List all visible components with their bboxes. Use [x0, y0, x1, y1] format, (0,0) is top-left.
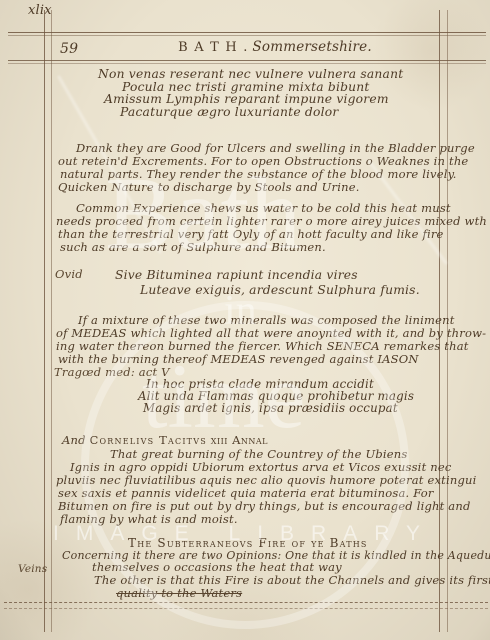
frame-rule-left2 — [51, 10, 52, 632]
manuscript-line: with the burning thereof MEDEAS revenged… — [58, 354, 419, 366]
folio-number: xlix — [28, 4, 52, 17]
manuscript-line: pluviis nec fluviatilibus aquis nec alio… — [56, 475, 477, 487]
manuscript-line: out retein'd Excrements. For to open Obs… — [58, 156, 468, 168]
manuscript-line: themselves o occasions the heat that way — [92, 562, 342, 574]
manuscript-line: Common Experience shews us water to be c… — [76, 203, 451, 215]
ovid-marginal-label: Ovid — [55, 269, 83, 281]
frame-rule-top-inner2 — [8, 63, 486, 64]
tacitus-heading-name: Cornelivs Tacitvs — [90, 433, 207, 447]
manuscript-line: Sive Bituminea rapiunt incendia vires — [115, 269, 358, 281]
page-title-place: B A T H . — [178, 40, 248, 55]
tacitus-heading-intro: And — [62, 433, 86, 447]
veins-marginal-note: Veins — [18, 564, 47, 575]
manuscript-line: such as are a sort of Sulphure and Bitum… — [60, 242, 326, 254]
manuscript-line: Amissum Lymphis reparant impune vigorem — [104, 93, 389, 105]
tacitus-heading-ref: xiii Annal — [211, 433, 268, 447]
manuscript-line: sex saxis et pannis videlicet quia mater… — [58, 488, 434, 500]
manuscript-line: Drank they are Good for Ulcers and swell… — [76, 143, 475, 155]
frame-rule-top-outer — [8, 32, 486, 33]
manuscript-line: needs proceed from certein lighter rarer… — [56, 216, 487, 228]
manuscript-line: Quicken Nature to discharge by Stools an… — [58, 182, 360, 194]
page-title-county: Sommersetshire. — [252, 39, 371, 55]
frame-rule-top-inner — [8, 60, 486, 61]
manuscript-line: The other is that this Fire is about the… — [94, 575, 490, 587]
manuscript-page: xlix 59 B A T H . Sommersetshire. Non ve… — [0, 0, 490, 640]
frame-rule-bottom — [4, 602, 488, 603]
page-number: 59 — [60, 42, 78, 56]
manuscript-line: Pacaturque ægro luxuriante dolor — [120, 106, 338, 118]
manuscript-line: than the terrestrial very fatt Oyly of a… — [58, 229, 444, 241]
manuscript-line: natural parts. They render the substance… — [60, 169, 457, 181]
manuscript-line: flaming by what is and moist. — [60, 514, 238, 526]
manuscript-line: of MEDEAS which lighted all that were an… — [56, 328, 486, 340]
manuscript-line: If a mixture of these two mineralls was … — [78, 315, 455, 327]
manuscript-line: Bitumen on fire is put out by dry things… — [58, 501, 471, 513]
tacitus-heading: And Cornelivs Tacitvs xiii Annal — [62, 435, 268, 447]
manuscript-line: Magis ardet ignis, ipsa præsidiis occupa… — [143, 403, 398, 415]
manuscript-line: Luteave exiguis, ardescunt Sulphura fumi… — [140, 284, 420, 296]
section-title-subterraneous-fire: The Subterraneovs Fire of ye Baths — [128, 537, 368, 549]
manuscript-line: Non venas reserant nec vulnere vulnera s… — [98, 68, 403, 80]
page-title: B A T H . Sommersetshire. — [140, 41, 410, 55]
manuscript-line: ing water thereon burned the fiercer. Wh… — [56, 341, 469, 353]
manuscript-line: That great burning of the Countrey of th… — [110, 449, 408, 461]
frame-rule-left — [44, 10, 45, 632]
frame-rule-top-outer2 — [8, 35, 486, 36]
manuscript-line: Ignis in agro oppidi Ubiorum extortus ar… — [70, 462, 452, 474]
frame-rule-bottom2 — [4, 608, 488, 609]
struck-manuscript-line: quality to the Waters — [116, 588, 242, 600]
